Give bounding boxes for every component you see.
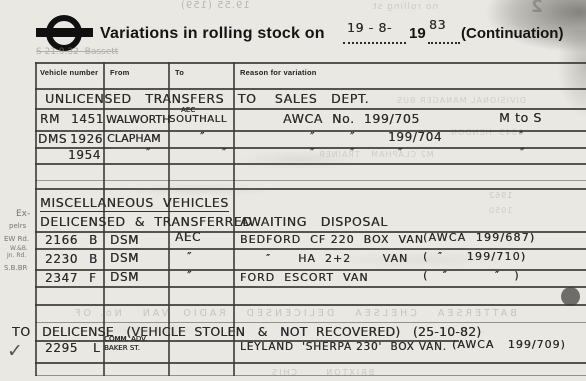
from-garage: DSM: [110, 251, 139, 265]
rule-line: [35, 304, 586, 306]
note-margin-label: TO: [12, 324, 31, 339]
margin-note: Ex-: [16, 209, 30, 219]
awca-reference: ( ″ ″ ): [423, 269, 520, 282]
ghost-text: 1050: [488, 206, 512, 215]
ditto-mark: ″: [187, 250, 192, 264]
column-header-reason: Reason for variation: [240, 68, 317, 77]
dotted-leader: [428, 42, 460, 44]
column-header-to: To: [175, 68, 184, 77]
garage-code: L: [93, 341, 100, 355]
ditto-mark: ″: [200, 130, 205, 144]
ghost-text: 1962: [488, 191, 512, 200]
garage-code: B: [89, 233, 98, 247]
ditto-mark: ″: [310, 130, 315, 144]
awca-reference: ( ″ 199/710): [423, 250, 526, 263]
section-title-miscellaneous-vehicles: MISCELLANEOUS VEHICLES: [40, 195, 229, 212]
section-delicensed-transferred: DELICENSED & TRANSFERRED: [40, 214, 252, 229]
ditto-mark: ″: [222, 146, 227, 160]
ditto-mark: ″: [187, 269, 192, 283]
vehicle-number: 1954: [68, 148, 101, 162]
ditto-mark: ″: [350, 146, 355, 160]
awca-reference: (AWCA 199/687): [423, 231, 535, 244]
margin-note: W.&B.: [10, 245, 28, 252]
rule-line: [35, 188, 586, 190]
printed-year-prefix: 19: [409, 25, 426, 42]
rule-line: [35, 286, 586, 288]
garage-code: B: [89, 252, 98, 266]
form-title: Variations in rolling stock on: [100, 25, 325, 43]
to-garage: SOUTHALL: [169, 114, 227, 125]
column-header-vehicle-number: Vehicle number: [40, 68, 98, 77]
to-garage-superscript: AEC: [181, 106, 195, 114]
reference-number: 199/704: [388, 130, 442, 144]
rule-line: [35, 180, 586, 181]
handwritten-date: 19 - 8-: [347, 20, 392, 35]
section-title-unlicensed-transfers: UNLICENSED TRANSFERS TO SALES DEPT.: [45, 91, 369, 106]
from-garage: WALWORTH: [106, 113, 170, 126]
awca-reference: (AWCA 199/709): [452, 338, 566, 351]
margin-note: pelrs: [9, 222, 26, 230]
from-location-line1: COMM. ADV.: [104, 335, 147, 343]
checkmark: ✓: [7, 340, 24, 362]
to-garage: AEC: [175, 230, 201, 244]
ditto-mark: ″: [398, 146, 403, 160]
vehicle-class: DMS: [38, 132, 67, 146]
rule-line: [35, 88, 586, 90]
column-header-from: From: [110, 68, 130, 77]
rule-line: [35, 375, 586, 376]
ghost-text: M2 CLAPHAM TRAINER: [318, 150, 434, 159]
handwritten-year: 83: [429, 17, 446, 32]
ditto-mark: ″: [520, 146, 525, 160]
ditto-mark: ″: [350, 130, 355, 144]
rule-line: [35, 322, 586, 323]
rule-line: [35, 62, 586, 64]
vehicle-number: 1926: [70, 132, 103, 146]
reason-text: AWCA No. 199/705: [283, 111, 420, 126]
vehicle-number: 2295: [45, 341, 78, 355]
margin-note: EW Rd.: [4, 235, 29, 243]
rule-line: [35, 362, 586, 364]
reason-text: FORD ESCORT VAN: [240, 271, 369, 284]
from-garage: DSM: [110, 233, 139, 247]
reason-text: LEYLAND 'SHERPA 230' BOX VAN.: [240, 341, 447, 353]
rule-line: [35, 163, 586, 165]
vehicle-number: 2347: [45, 271, 78, 285]
vehicle-class: RM: [40, 112, 60, 126]
from-garage: CLAPHAM: [107, 132, 161, 145]
from-location-line2: BAKER ST.: [104, 344, 140, 352]
section-awaiting-disposal: AWAITING DISPOSAL: [240, 214, 388, 229]
ditto-mark: ″: [146, 146, 151, 160]
ditto-mark: ″: [310, 146, 315, 160]
reason-text: ″ HA 2+2 VAN: [266, 252, 408, 265]
garage-code: F: [89, 271, 97, 285]
continuation-label: (Continuation): [461, 25, 563, 42]
ghost-text: 19.55 (159): [180, 0, 250, 11]
scanned-form-sheet: 19.55 (159) no rolling st 2 DIVISIONAL M…: [0, 0, 586, 381]
pencil-scribble: S 21.9.32 Bassett: [36, 47, 118, 57]
scan-smudge: [516, 30, 586, 150]
dotted-leader: [343, 42, 406, 44]
london-transport-roundel-bar: [36, 28, 93, 37]
column-line: [35, 62, 37, 376]
margin-note: Jn. Rd.: [7, 252, 26, 259]
reason-note: M to S: [499, 110, 542, 125]
ditto-mark: ″: [519, 129, 524, 143]
vehicle-number: 1451: [71, 112, 104, 126]
from-garage: DSM: [110, 270, 139, 284]
margin-note: S.B.BR: [4, 264, 27, 272]
ghost-text: BATTERSEA CHELSEA DELICENSED RADIO VAN N…: [72, 308, 517, 319]
vehicle-number: 2230: [45, 252, 78, 266]
reason-text: BEDFORD CF 220 BOX VAN: [240, 233, 424, 246]
vehicle-number: 2166: [45, 233, 78, 247]
